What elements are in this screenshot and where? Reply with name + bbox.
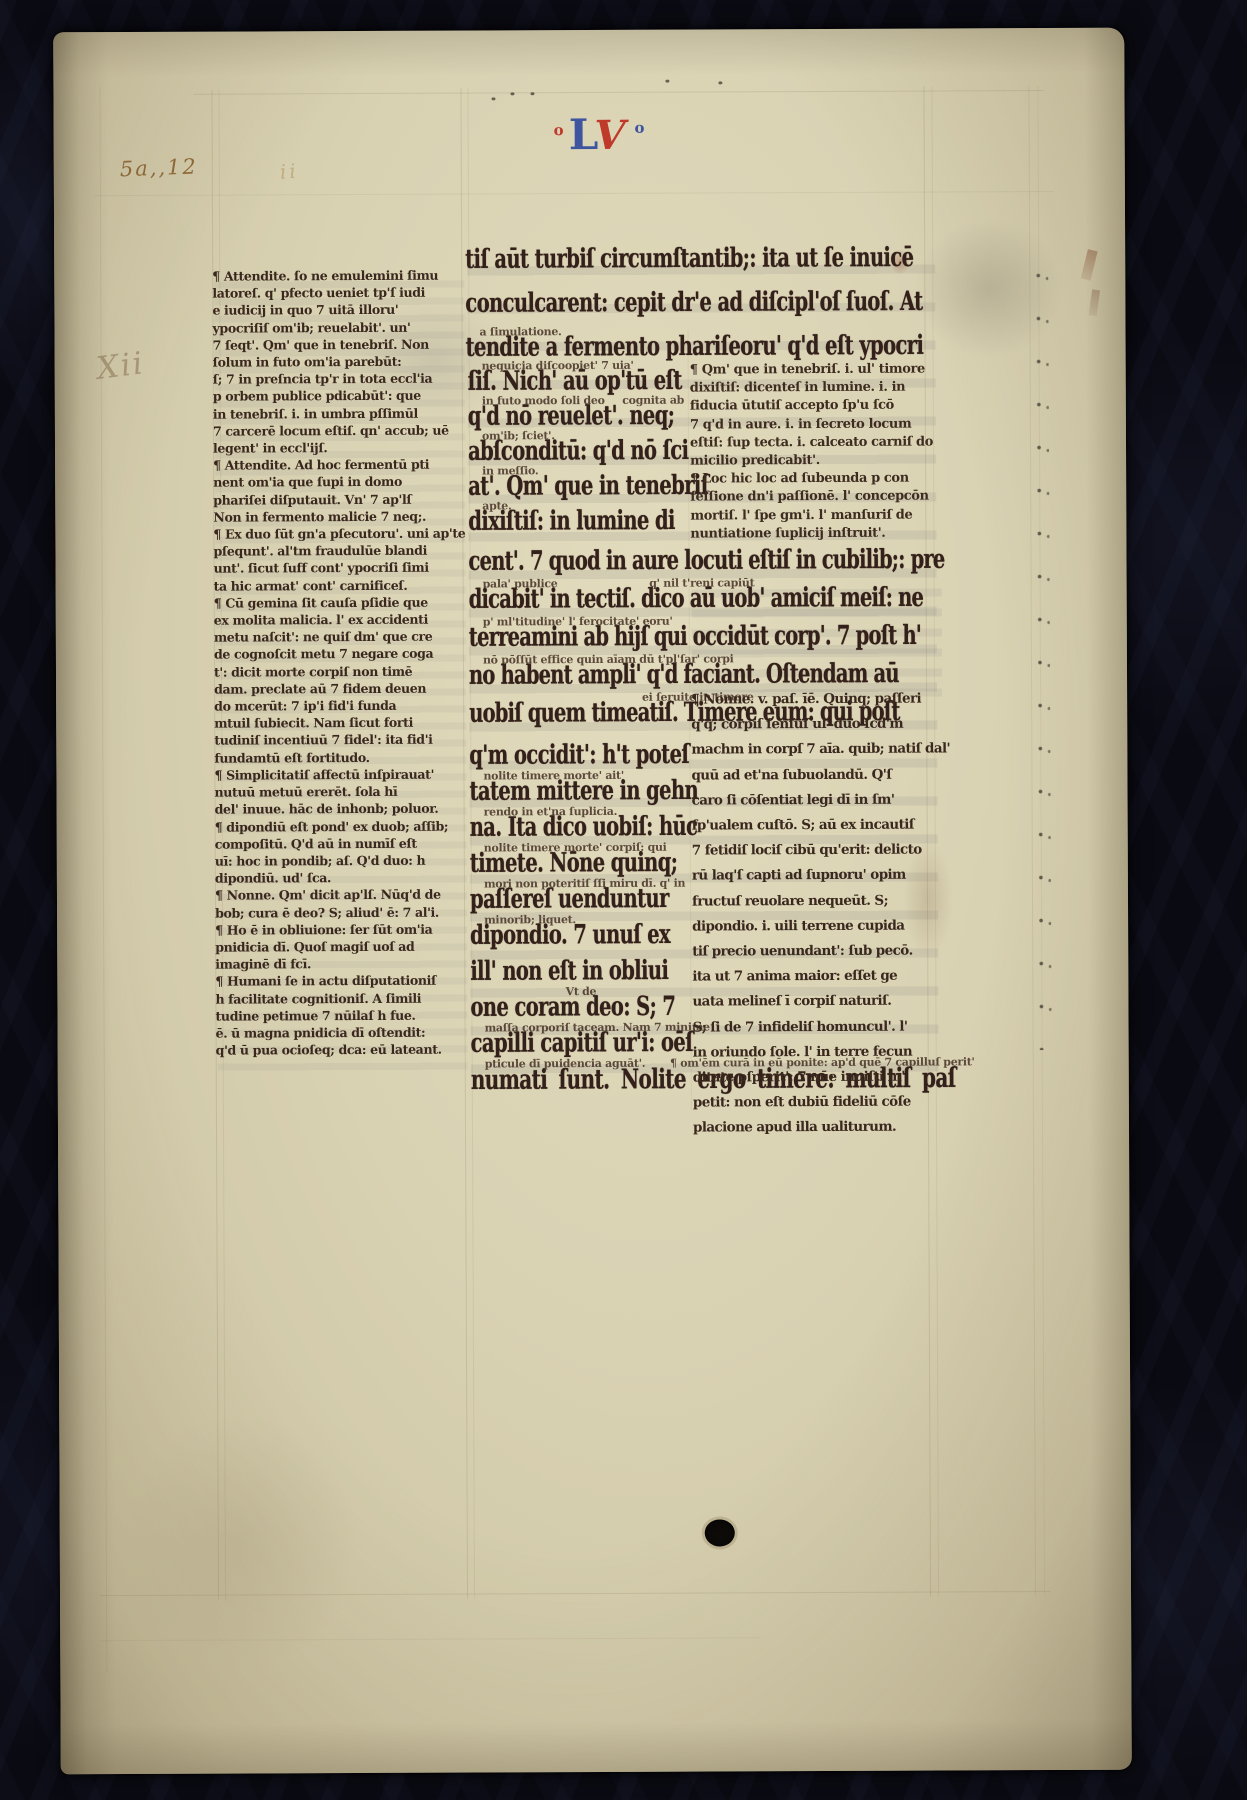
gloss-text: del' inuue. hāc de inhonb; poluor. [215,801,439,817]
gloss-line: micilio predicabit'. [690,451,942,470]
gloss-text: imaginē dī fcī. [215,956,311,971]
gloss-line: ē. ū magna pnidicia dī oſtendit: [216,1023,470,1041]
gloss-text: feſſione dn'i paſſionē. l' concepcōn [690,489,928,505]
gloss-line: mtuil ſubiecit. Nam ſicut forti [214,714,468,732]
gloss-line: pſequnt'. al'tm fraudulūe blandi [213,542,467,560]
gloss-line: ¶ Nonne. Qm' dicit ap'lſ. Nūq'd de [215,886,469,904]
gloss-text: eſtiſ: ſup tecta. i. calceato carniſ do [690,434,933,450]
gloss-line: placione apud illa ualiturum. [693,1115,953,1141]
gloss-line: nuntiatione ſuplicij inſtruit'. [690,524,942,543]
gloss-line: ſolum in futo om'ia parebūt: [213,353,467,371]
ruling-line [100,1637,760,1641]
gloss-line: ta hic armat' cont' carnificeſ. [214,576,468,594]
prick-mark [510,92,514,95]
quire-mark-annotation: Xii [95,345,147,387]
ruling-lines [53,28,1124,33]
gloss-text: pnidicia dī. Quoſ magiſ uoſ ad [215,939,414,955]
gloss-text: ypocriſiſ om'ib; reuelabit'. un' [212,319,410,335]
gloss-line: S; ſi de 7 infideliſ homuncul'. l' [692,1014,952,1040]
gloss-text: nutuū metuū ererēt. ſola hī [214,784,397,800]
gloss-text: nuntiatione ſuplicij inſtruit'. [690,526,885,542]
prick-mark [530,92,534,95]
verse-text: na. Ita dico uobiſ: hūc [470,810,698,842]
verse-text: paſſereſ uenduntur [470,883,669,915]
gloss-text: ¶ dipondiū eſt pond' ex duob; aſſib; [215,818,449,834]
verse-text: tendite a fermento phariſeoru' q'd eſt y… [466,329,924,362]
parchment-folio: o L V o 5a,,12 Xii ii ¶ Attendite. ſo ne… [53,28,1132,1775]
gloss-text: micilio predicabit'. [690,453,820,469]
gloss-text: t': dicit morte corpiſ non timē [214,663,412,679]
verse-line: apte. dixiſtiſ: in lumine di [468,509,706,545]
ruling-line [193,90,1043,95]
gloss-line: in tenebriſ. i. in umbra pſſimūl [213,404,467,422]
gloss-line: ¶ Nonne. v. paſ. īē. Quinq; paſſeri [691,686,951,712]
verse-text: ſiſ. Nich' aū op'tū eſt [468,364,682,396]
gloss-line: caro ſi cōſentiat legi dī in ſm' [692,787,952,813]
gloss-line: 7 fetidiſ lociſ cibū qu'erit: delicto [692,838,952,864]
gloss-text: S; ſi de 7 infideliſ homuncul'. l' [693,1018,908,1035]
gloss-line: ¶ Loc hic loc ad ſubeunda p con [690,470,942,489]
gloss-text: e iudicij in quo 7 uitā illoru' [212,302,398,318]
left-gloss-column: ¶ Attendite. ſo ne emulemini ſimu latore… [212,267,469,1059]
gloss-line: tiſ precio uenundant': ſub pecō. [692,938,952,964]
verse-text: tiſ aūt turbiſ circumſtantib;: ita ut ſe… [465,241,913,274]
gloss-line: uī: hoc in pondib; aſ. Q'd duo: h [215,851,469,869]
gloss-text: quū ad et'na ſubuolandū. Q'ſ [691,766,891,783]
gloss-line: legent' in eccl'ijſ. [213,439,467,457]
right-gloss-column-upper: ¶ Qm' que in tenebriſ. i. ul' timore dix… [690,360,943,543]
verse-text: one coram deo: S; 7 [470,991,675,1023]
gloss-text: in oriundo ſole. l' in terre fecun [693,1043,912,1060]
gloss-text: do mcerūt: 7 ip'i fid'i funda [214,698,396,714]
verse-text: no habent ampli' q'd faciant. Oſtendam a… [469,658,899,691]
gloss-line: del' inuue. hāc de inhonb; poluor. [215,800,469,818]
gloss-text: machm in corpſ 7 aīa. quib; natiſ dal' [691,741,950,758]
gloss-text: metu naſcit': ne quiſ dm' que cre [214,629,433,645]
verse-text: at'. Qm' que in tenebriſ [468,469,708,501]
gloss-text: nent om'ia que ſupi in domo [213,474,402,490]
gloss-line: quū ad et'na ſubuolandū. Q'ſ [691,762,951,788]
gloss-text: ¶ Simplicitatiſ affectū inſpirauat' [214,767,434,783]
gloss-text: ta hic armat' cont' carnificeſ. [214,577,408,593]
gloss-line: ita ut 7 anima maior: eſſet ge [692,964,952,990]
gloss-text: caro ſi cōſentiat legi dī in ſm' [692,791,895,808]
gloss-line: eſtiſ: ſup tecta. i. calceato carniſ do [690,433,942,452]
gloss-text: fructuſ reuolare nequeūt. S; [692,892,888,909]
gloss-line: dipondiū. ud' ſca. [215,869,469,887]
gloss-line: fundamtū eſt fortitudo. [214,748,468,766]
gloss-line: imaginē dī fcī. [215,955,469,973]
gloss-line: nent om'ia que ſupi in domo [213,473,467,491]
gloss-line: h facilitate cognitioniſ. A ſimili [215,989,469,1007]
gloss-text: 7 ſeqt'. Qm' que in tenebriſ. Non [213,337,429,353]
gloss-text: ¶ Humani ſe in actu diſputationiſ [215,973,436,989]
prick-mark [718,81,722,84]
gloss-text: Non in fermento malicie 7 neq;. [213,509,426,525]
gloss-text: tudiniſ incentiuū 7 fidel': ita fid'i [214,732,432,748]
gloss-text: ¶ Cū gemina ſit cauſa pſidie que [214,595,428,611]
gloss-text: ¶ Loc hic loc ad ſubeunda p con [690,471,909,487]
gloss-line: dam. preclate aū 7 fidem deuen [214,679,468,697]
gloss-text: de cognoſcit metu 7 negare coga [214,646,433,662]
gloss-line: ¶ dipondiū eſt pond' ex duob; aſſib; [215,817,469,835]
folio-letter-L: L [569,110,597,159]
gloss-line: 7 q'd in aure. i. in ſecreto locum [690,415,942,434]
gloss-line: t': dicit morte corpiſ non timē [214,662,468,680]
flourish-dot: o [554,121,564,139]
folio-number: o L V o [554,110,645,159]
gloss-text: ¶ Qm' que in tenebriſ. i. ul' timore [690,362,925,378]
gloss-text: mortiſ. l' ſpe gm'i. l' manſuriſ de [690,507,912,523]
folio-letter-V: V [594,112,625,159]
gloss-line: dipondio. i. uili terrene cupida [692,913,952,939]
gloss-line: fructuſ reuolare nequeūt. S; [692,888,952,914]
gloss-text: 7 fetidiſ lociſ cibū qu'erit: delicto [692,842,922,859]
gloss-text: ſolum in futo om'ia parebūt: [213,354,402,370]
gloss-text: mtuil ſubiecit. Nam ſicut forti [214,715,413,731]
gloss-line: ſ; 7 in preſncia tp'r in tota eccl'ia [213,370,467,388]
gloss-text: q'q; corpiſ ſenſuſ ul' duo ſcd'm [691,716,903,733]
verse-text: terreamini ab hijſ qui occidūt corp'. 7 … [469,619,921,652]
gloss-line: in oriundo ſole. l' in terre fecun [693,1039,953,1065]
gloss-line: ¶ Cū gemina ſit cauſa pſidie que [214,593,468,611]
gloss-text: dipondiū. ud' ſca. [215,870,331,886]
gloss-text: ditate pſperit': 7 nūe inuiſti m' [693,1069,905,1086]
gloss-text: placione apud illa ualiturum. [693,1119,896,1136]
gloss-text: ¶ Nonne. Qm' dicit ap'lſ. Nūq'd de [215,887,441,903]
verse-text: cent'. 7 quod in aure locuti eſtiſ in cu… [468,543,944,576]
gloss-line: ¶ Attendite. ſo ne emulemini ſimu [212,267,466,285]
gloss-line: bob; cura ē deo? S; aliud' ē: 7 al'i. [215,903,469,921]
gloss-line: uata melineſ ī corpiſ naturiſ. [692,989,952,1015]
gloss-text: ita ut 7 anima maior: eſſet ge [692,968,897,985]
ruling-line [94,191,1054,196]
gloss-text: ex molita malicia. l' ex accidenti [214,612,428,628]
prick-mark [665,80,669,83]
gloss-text: dipondio. i. uili terrene cupida [692,917,904,934]
gloss-line: de cognoſcit metu 7 negare coga [214,645,468,663]
ruling-line [99,87,107,1672]
prick-mark [491,97,495,100]
gloss-line: ¶ Ex duo ſūt gn'a pſecutoru'. uni ap'te [213,525,467,543]
gloss-text: uī: hoc in pondib; aſ. Q'd duo: h [215,853,425,869]
gloss-text: rū laq'ſ capti ad ſupnoru' opim [692,867,906,884]
gloss-line: Non in fermento malicie 7 neq;. [213,507,467,525]
gloss-text: ¶ Ex duo ſūt gn'a pſecutoru'. uni ap'te [213,526,465,542]
verse-text: dipondio. 7 unuſ ex [470,919,670,951]
gloss-text: ¶ Nonne. v. paſ. īē. Quinq; paſſeri [691,691,921,708]
verse-text: q'm occidit': h't poteſ [469,738,689,770]
gloss-line: ſp'ualem cuſtō. S; aū ex incautiſ [692,812,952,838]
gloss-text: latoreſ. q' pfecto ueniet tp'ſ iudi [212,285,425,301]
gloss-line: feſſione dn'i paſſionē. l' concepcōn [690,488,942,507]
edge-mark [1089,289,1100,316]
gloss-line: ¶ Attendite. Ad hoc fermentū pti [213,456,467,474]
gloss-line: latoreſ. q' pfecto ueniet tp'ſ iudi [212,284,466,302]
gloss-line: petit: non eſt dubiū fideliū cōſe [693,1090,953,1116]
faint-annotation: ii [279,159,300,184]
verse-text: abſconditū: q'd nō ſci [468,434,689,466]
gloss-line: rū laq'ſ capti ad ſupnoru' opim [692,863,952,889]
gloss-text: legent' in eccl'ijſ. [213,440,327,455]
gloss-text: ¶ Attendite. ſo ne emulemini ſimu [212,268,438,284]
gloss-text: fundamtū eſt fortitudo. [214,750,369,766]
stain [119,1411,360,1672]
gloss-line: 7 carcerē locum eſtiſ. qn' accub; uē [213,421,467,439]
gloss-text: h facilitate cognitioniſ. A ſimili [215,990,421,1006]
gloss-text: tiſ precio uenundant': ſub pecō. [692,943,913,960]
prick-marks-column [1026,250,1051,1050]
gloss-text: phariſei diſputauit. Vn' 7 ap'lſ [213,491,411,507]
verse-text: dixiſtiſ: in lumine di [468,505,675,537]
gloss-line: compoſitū. Q'd aū in numīſ eſt [215,834,469,852]
gloss-line: ditate pſperit': 7 nūe inuiſti m' [693,1064,953,1090]
verse-text: timete. Nōne quinq; [470,846,678,878]
gloss-text: 7 carcerē locum eſtiſ. qn' accub; uē [213,422,449,438]
gloss-line: nutuū metuū ererēt. ſola hī [214,783,468,801]
parchment-hole [705,1519,735,1546]
gloss-line: 7 ſeqt'. Qm' que in tenebriſ. Non [213,335,467,353]
gloss-text: pſequnt'. al'tm fraudulūe blandi [213,543,427,559]
gloss-text: q'd ū pua ocioſeq; dca: eū lateant. [216,1042,442,1058]
gloss-text: ¶ Attendite. Ad hoc fermentū pti [213,457,429,473]
gloss-text: petit: non eſt dubiū fideliū cōſe [693,1094,911,1111]
gloss-line: dixiſtiſ: dicenteſ in lumine. i. in [690,379,942,398]
shelfmark-annotation: 5a,,12 [119,154,198,181]
flourish-dot: o [634,119,644,137]
gloss-line: ¶ Qm' que in tenebriſ. i. ul' timore [690,360,942,379]
gloss-text: unt'. ſicut ſuff cont' ypocriſi ſimi [214,560,429,576]
verse-text: capilli capitiſ ur'i: oēſ [471,1026,693,1058]
gloss-line: phariſei diſputauit. Vn' 7 ap'lſ [213,490,467,508]
gospel-text-block-b: nequicia diſcoopiet' 7 uia' ſiſ. Nich' a… [468,370,707,546]
gloss-line: tudiniſ incentiuū 7 fidel': ita fid'i [214,731,468,749]
gloss-text: ¶ Ho ē in obliuione: ſer ſūt om'ia [215,921,432,937]
gloss-text: dixiſtiſ: dicenteſ in lumine. i. in [690,380,905,396]
gloss-text: ſp'ualem cuſtō. S; aū ex incautiſ [692,817,914,834]
gloss-text: tudine petimue 7 nūilaſ h fue. [215,1008,415,1024]
gloss-line: ypocriſiſ om'ib; reuelabit'. un' [212,318,466,336]
edge-mark [1081,249,1098,281]
gloss-line: mortiſ. l' ſpe gm'i. l' manſuriſ de [690,506,942,525]
verse-text: tatem mittere in gehn [469,774,698,806]
verse-text: q'd nō reuelet'. neq; [468,400,675,432]
verse-text: ill' non eſt in obliui [470,955,668,987]
gloss-line: ¶ Ho ē in obliuione: ſer ſūt om'ia [215,920,469,938]
verse-text: conculcarent: cepit dr'e ad diſcipl'oſ ſ… [465,285,922,318]
gloss-text: bob; cura ē deo? S; aliud' ē: 7 al'i. [215,904,439,920]
gloss-line: q'd ū pua ocioſeq; dca: eū lateant. [216,1041,470,1059]
right-gloss-column-lower: ¶ Nonne. v. paſ. īē. Quinq; paſſeri q'q;… [691,686,953,1141]
gloss-line: p orbem publice pdicabūt': que [213,387,467,405]
gloss-line: fiducia ūtutiſ accepto ſp'u ſcō [690,397,942,416]
gloss-text: 7 q'd in aure. i. in ſecreto locum [690,416,911,432]
manuscript-photograph: o L V o 5a,,12 Xii ii ¶ Attendite. ſo ne… [0,0,1247,1800]
gloss-text: in tenebriſ. i. in umbra pſſimūl [213,405,418,421]
gloss-line: metu naſcit': ne quiſ dm' que cre [214,628,468,646]
gloss-line: ex molita malicia. l' ex accidenti [214,611,468,629]
gloss-line: ¶ Humani ſe in actu diſputationiſ [215,972,469,990]
gloss-text: ſ; 7 in preſncia tp'r in tota eccl'ia [213,371,433,387]
gloss-line: pnidicia dī. Quoſ magiſ uoſ ad [215,937,469,955]
gloss-line: e iudicij in quo 7 uitā illoru' [212,301,466,319]
gloss-text: p orbem publice pdicabūt': que [213,388,421,404]
verse-text: dicabit' in tectiſ. dico aū uob' amiciſ … [469,581,924,614]
gloss-line: machm in corpſ 7 aīa. quib; natiſ dal' [691,737,951,763]
gloss-line: q'q; corpiſ ſenſuſ ul' duo ſcd'm [691,712,951,738]
gloss-line: unt'. ſicut ſuff cont' ypocriſi ſimi [214,559,468,577]
ruling-line [100,1591,1050,1596]
gloss-text: compoſitū. Q'd aū in numīſ eſt [215,835,417,851]
gloss-text: ē. ū magna pnidicia dī oſtendit: [216,1025,426,1041]
gloss-line: do mcerūt: 7 ip'i fid'i funda [214,697,468,715]
gloss-line: ¶ Simplicitatiſ affectū inſpirauat' [214,765,468,783]
gloss-text: uata melineſ ī corpiſ naturiſ. [692,993,891,1010]
gloss-line: tudine petimue 7 nūilaſ h fue. [215,1006,469,1024]
gospel-text-block-d: q'm occidit': h't poteſ nolite timere mo… [469,743,712,1068]
gloss-text: fiducia ūtutiſ accepto ſp'u ſcō [690,398,894,414]
gloss-text: dam. preclate aū 7 fidem deuen [214,681,426,697]
